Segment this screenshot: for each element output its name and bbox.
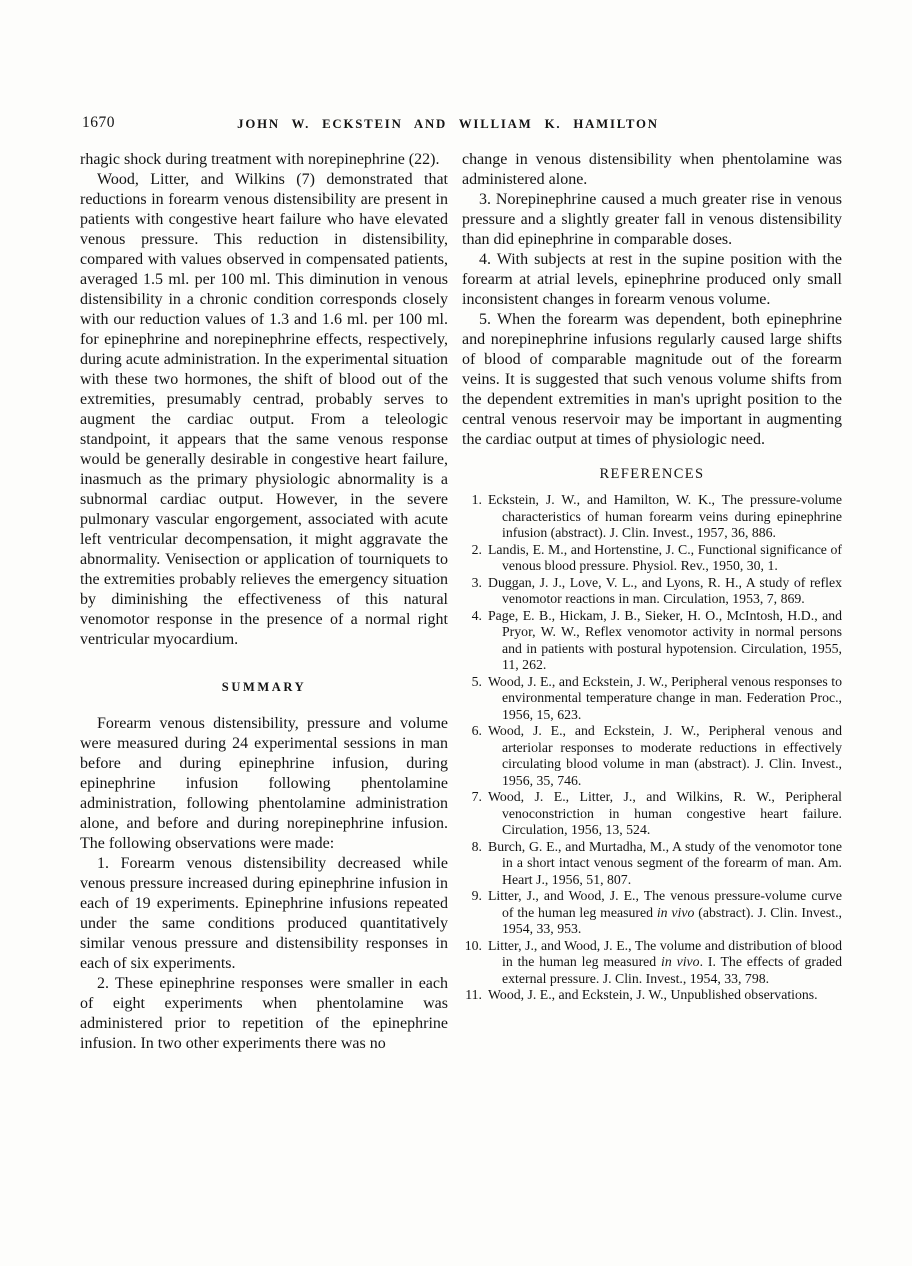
references-heading: REFERENCES — [462, 466, 842, 483]
reference-item: 7.Wood, J. E., Litter, J., and Wilkins, … — [462, 789, 842, 839]
reference-number: 5. — [462, 674, 482, 691]
reference-number: 7. — [462, 789, 482, 806]
page-header: 1670 JOHN W. ECKSTEIN AND WILLIAM K. HAM… — [80, 114, 842, 136]
reference-text: Landis, E. M., and Hortenstine, J. C., F… — [488, 542, 842, 574]
references-list: 1.Eckstein, J. W., and Hamilton, W. K., … — [462, 492, 842, 1004]
right-column: change in venous distensibility when phe… — [462, 150, 842, 1004]
reference-item: 6.Wood, J. E., and Eckstein, J. W., Peri… — [462, 723, 842, 789]
reference-item: 8.Burch, G. E., and Murtadha, M., A stud… — [462, 839, 842, 889]
reference-text: Wood, J. E., and Eckstein, J. W., Periph… — [488, 674, 842, 722]
reference-text: Wood, J. E., and Eckstein, J. W., Periph… — [488, 723, 842, 788]
reference-item: 3.Duggan, J. J., Love, V. L., and Lyons,… — [462, 575, 842, 608]
paragraph: 1. Forearm venous distensibility decreas… — [80, 854, 448, 974]
reference-item: 5.Wood, J. E., and Eckstein, J. W., Peri… — [462, 674, 842, 724]
reference-item: 10.Litter, J., and Wood, J. E., The volu… — [462, 938, 842, 988]
reference-number: 1. — [462, 492, 482, 509]
document-page: 1670 JOHN W. ECKSTEIN AND WILLIAM K. HAM… — [0, 0, 912, 1266]
paragraph: 5. When the forearm was dependent, both … — [462, 310, 842, 450]
summary-heading: SUMMARY — [80, 680, 448, 695]
paragraph: change in venous distensibility when phe… — [462, 150, 842, 190]
reference-text: Eckstein, J. W., and Hamilton, W. K., Th… — [488, 492, 842, 540]
reference-item: 2.Landis, E. M., and Hortenstine, J. C.,… — [462, 542, 842, 575]
reference-number: 8. — [462, 839, 482, 856]
paragraph: 3. Norepinephrine caused a much greater … — [462, 190, 842, 250]
left-column: rhagic shock during treatment with norep… — [80, 150, 448, 1054]
reference-item: 1.Eckstein, J. W., and Hamilton, W. K., … — [462, 492, 842, 542]
reference-number: 9. — [462, 888, 482, 905]
reference-number: 2. — [462, 542, 482, 559]
paragraph: Wood, Litter, and Wilkins (7) demonstrat… — [80, 170, 448, 650]
reference-item: 9.Litter, J., and Wood, J. E., The venou… — [462, 888, 842, 938]
paragraph: rhagic shock during treatment with norep… — [80, 150, 448, 170]
summary-text: Forearm venous distensibility, pressure … — [80, 714, 448, 1054]
paragraph: Forearm venous distensibility, pressure … — [80, 714, 448, 854]
right-column-text: change in venous distensibility when phe… — [462, 150, 842, 450]
reference-text: Duggan, J. J., Love, V. L., and Lyons, R… — [488, 575, 842, 607]
reference-text: Wood, J. E., Litter, J., and Wilkins, R.… — [488, 789, 842, 837]
two-column-body: rhagic shock during treatment with norep… — [80, 150, 842, 1054]
reference-text: Burch, G. E., and Murtadha, M., A study … — [488, 839, 842, 887]
reference-number: 10. — [462, 938, 482, 955]
reference-text: Page, E. B., Hickam, J. B., Sieker, H. O… — [488, 608, 842, 673]
reference-number: 4. — [462, 608, 482, 625]
reference-italic-text: in vivo — [661, 954, 700, 969]
reference-item: 11.Wood, J. E., and Eckstein, J. W., Unp… — [462, 987, 842, 1004]
paragraph: 2. These epinephrine responses were smal… — [80, 974, 448, 1054]
reference-number: 3. — [462, 575, 482, 592]
reference-text: Wood, J. E., and Eckstein, J. W., Unpubl… — [488, 987, 818, 1002]
paragraph: 4. With subjects at rest in the supine p… — [462, 250, 842, 310]
reference-number: 6. — [462, 723, 482, 740]
running-title: JOHN W. ECKSTEIN AND WILLIAM K. HAMILTON — [80, 117, 816, 132]
left-column-text: rhagic shock during treatment with norep… — [80, 150, 448, 650]
reference-number: 11. — [462, 987, 482, 1004]
reference-italic-text: in vivo — [657, 905, 695, 920]
reference-item: 4.Page, E. B., Hickam, J. B., Sieker, H.… — [462, 608, 842, 674]
